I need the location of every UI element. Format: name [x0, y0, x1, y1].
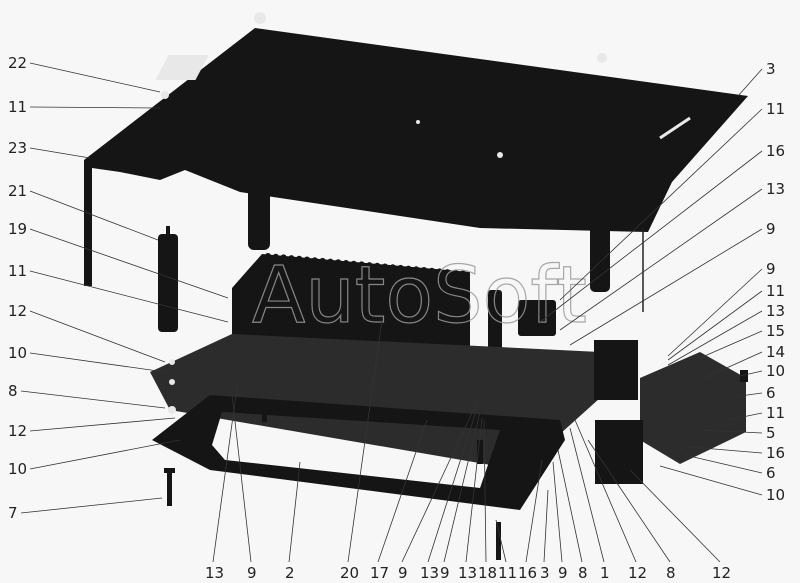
callout-label-left: 23 — [8, 139, 27, 157]
leader-line — [738, 69, 762, 96]
callout-label-bottom: 11 — [498, 564, 517, 582]
callout-label-bottom: 18 — [478, 564, 497, 582]
callout-label-left: 12 — [8, 302, 27, 320]
leader-line — [30, 418, 175, 431]
callout-label-right: 14 — [766, 343, 785, 361]
leader-line — [553, 462, 562, 562]
leader-line — [700, 331, 762, 358]
callout-label-bottom: 9 — [398, 564, 408, 582]
callout-label-left: 10 — [8, 460, 27, 478]
callout-label-right: 11 — [766, 404, 785, 422]
callout-label-right: 11 — [766, 282, 785, 300]
cover-plate — [84, 12, 748, 292]
exploded-assembly-diagram: AutoSoft 2211232119111210812107311161399… — [0, 0, 800, 583]
leader-line — [30, 271, 228, 322]
leader-line — [30, 148, 90, 158]
callout-label-right: 13 — [766, 180, 785, 198]
leader-line — [30, 107, 160, 108]
callout-label-right: 16 — [766, 444, 785, 462]
callout-label-bottom: 2 — [285, 564, 295, 582]
callout-label-bottom: 8 — [578, 564, 588, 582]
callout-label-right: 10 — [766, 486, 785, 504]
callout-label-right: 13 — [766, 302, 785, 320]
leader-line — [21, 391, 165, 408]
callout-label-bottom: 16 — [518, 564, 537, 582]
callout-label-right: 15 — [766, 322, 785, 340]
callout-label-bottom: 20 — [340, 564, 359, 582]
leader-line — [544, 490, 548, 562]
callout-label-bottom: 9 — [247, 564, 257, 582]
callout-label-bottom: 13 — [458, 564, 477, 582]
leader-line — [558, 450, 582, 562]
callout-label-bottom: 1 — [600, 564, 610, 582]
callout-label-left: 21 — [8, 182, 27, 200]
callout-label-bottom: 12 — [712, 564, 731, 582]
callout-label-right: 9 — [766, 260, 776, 278]
leader-line — [668, 311, 762, 365]
callout-label-right: 11 — [766, 100, 785, 118]
leader-line — [21, 498, 162, 513]
watermark: AutoSoft — [252, 251, 587, 341]
callout-label-right: 10 — [766, 362, 785, 380]
callout-label-left: 7 — [8, 504, 18, 522]
callout-label-left: 19 — [8, 220, 27, 238]
callout-label-right: 3 — [766, 60, 776, 78]
leader-line — [668, 291, 762, 360]
leader-line — [30, 229, 228, 298]
leader-line — [30, 63, 160, 92]
leader-line — [630, 470, 720, 562]
leader-line — [668, 269, 762, 356]
callout-label-left: 8 — [8, 382, 18, 400]
callout-label-bottom: 13 — [205, 564, 224, 582]
leader-line — [660, 466, 762, 495]
callout-label-bottom: 3 — [540, 564, 550, 582]
callout-label-bottom: 9 — [440, 564, 450, 582]
callout-label-right: 6 — [766, 464, 776, 482]
leader-line — [30, 311, 165, 362]
callout-label-left: 22 — [8, 54, 27, 72]
callout-label-left: 12 — [8, 422, 27, 440]
leader-line — [30, 440, 180, 469]
leader-line — [685, 455, 762, 473]
callout-label-right: 5 — [766, 424, 776, 442]
callout-label-left: 11 — [8, 262, 27, 280]
callout-label-bottom: 9 — [558, 564, 568, 582]
callout-label-bottom: 12 — [628, 564, 647, 582]
callout-label-right: 16 — [766, 142, 785, 160]
callout-label-bottom: 8 — [666, 564, 676, 582]
callout-label-left: 10 — [8, 344, 27, 362]
callout-label-bottom: 17 — [370, 564, 389, 582]
leader-line — [30, 353, 165, 372]
callout-label-bottom: 13 — [420, 564, 439, 582]
callout-label-right: 6 — [766, 384, 776, 402]
leader-line — [30, 191, 158, 240]
callout-label-right: 9 — [766, 220, 776, 238]
callout-label-left: 11 — [8, 98, 27, 116]
